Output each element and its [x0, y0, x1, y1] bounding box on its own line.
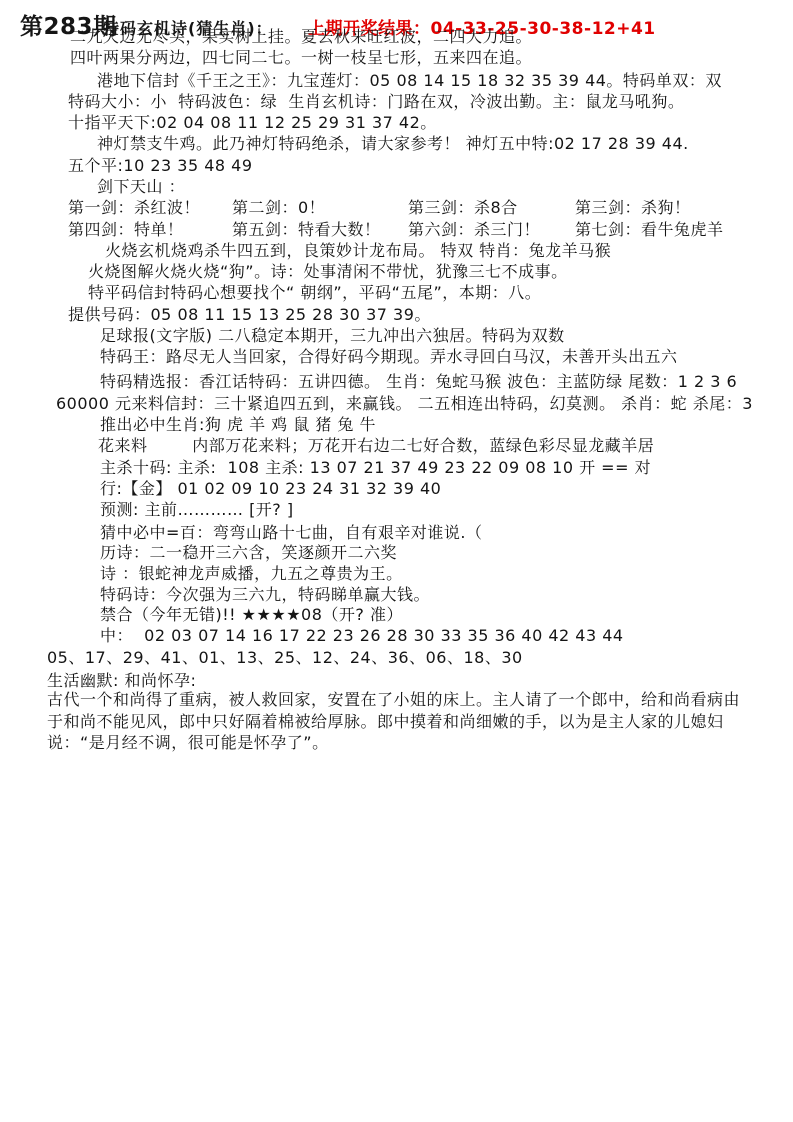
text-line-35: 中： 02 03 07 14 16 17 22 23 26 28 30 33 3… — [100, 626, 624, 646]
text-line-26: 花来料 内部万花来料；万花开右边二七好合数，蓝绿色彩尽显龙藏羊居 — [98, 436, 654, 456]
text-line-19: 特平码信封特码心想要找个“ 朝纲”，平码“五尾”，本期：八。 — [88, 283, 541, 303]
text-line-38: 古代一个和尚得了重病，被人救回家，安置在了小姐的床上。主人请了一个郎中，给和尚看… — [47, 690, 740, 710]
text-line-1: 二九天边无尽头，果实树上挂。夏去秋来旺红波，二四大力追。 — [70, 27, 532, 47]
document-page: 第283期 特码玄机诗(猜生肖)： 上期开奖结果：04-33-25-30-38-… — [0, 0, 793, 1122]
text-line-3: 港地下信封《千王之王》：九宝莲灯：05 08 14 15 18 32 35 39… — [97, 71, 722, 91]
text-line-25: 推出必中生肖:狗 虎 羊 鸡 鼠 猪 兔 牛 — [100, 415, 376, 435]
text-line-20: 提供号码：05 08 11 15 13 25 28 30 37 39。 — [68, 305, 431, 325]
text-line-2: 四叶两果分两边，四七同二七。一树一枝呈七形，五来四在追。 — [70, 48, 532, 68]
text-line-31: 历诗：二一稳开三六含，笑逐颜开二六奖 — [100, 543, 397, 563]
text-line-9: 第一剑：杀红波！ — [68, 198, 200, 218]
text-line-10: 第二剑：0！ — [232, 198, 325, 218]
text-line-8: 剑下天山 ： — [97, 177, 185, 197]
text-line-34: 禁合（今年无错)!! ★★★★08（开? 准） — [100, 605, 403, 625]
text-line-37: 生活幽默: 和尚怀孕: — [47, 671, 196, 691]
text-line-23: 特码精选报：香江话特码：五讲四德。 生肖：兔蛇马猴 波色：主蓝防绿 尾数：1 2… — [100, 372, 737, 392]
text-line-29: 预测: 主前………… [开? ] — [100, 500, 294, 520]
text-line-14: 第五剑：特看大数！ — [232, 220, 381, 240]
text-line-21: 足球报(文字版) 二八稳定本期开，三九冲出六独居。特码为双数 — [100, 326, 565, 346]
text-line-16: 第七剑：看牛兔虎羊 — [575, 220, 724, 240]
text-line-7: 五个平:10 23 35 48 49 — [68, 156, 253, 176]
text-line-15: 第六剑：杀三门！ — [408, 220, 540, 240]
text-line-30: 猜中必中=百：弯弯山路十七曲，自有艰辛对谁说.（ — [100, 523, 483, 543]
text-line-24: 60000 元来料信封：三十紧追四五到，来赢钱。 二五相连出特码，幻莫测。 杀肖… — [56, 394, 753, 414]
text-line-18: 火烧图解火烧火烧“狗”。诗：处事清闲不带忧，犹豫三七不成事。 — [88, 262, 568, 282]
text-line-27: 主杀十码: 主杀: 108 主杀: 13 07 21 37 49 23 22 0… — [100, 458, 651, 478]
text-line-5: 十指平天下:02 04 08 11 12 25 29 31 37 42。 — [68, 113, 437, 133]
text-line-32: 诗 ：银蛇神龙声威播，九五之尊贵为王。 — [100, 564, 403, 584]
text-line-11: 第三剑：杀8合 — [408, 198, 518, 218]
text-line-4: 特码大小：小 特码波色：绿 生肖玄机诗：门路在双，冷波出勤。主：鼠龙马吼狗。 — [68, 92, 684, 112]
text-line-33: 特码诗：今次强为三六九，特码睇单赢大钱。 — [100, 585, 430, 605]
text-line-6: 神灯禁支牛鸡。此乃神灯特码绝杀，请大家参考！ 神灯五中特:02 17 28 39… — [97, 134, 689, 154]
text-line-39: 于和尚不能见风，郎中只好隔着棉被给厚脉。郎中摸着和尚细嫩的手，以为是主人家的儿媳… — [47, 712, 724, 732]
text-line-36: 05、17、29、41、01、13、25、12、24、36、06、18、30 — [47, 648, 523, 668]
text-line-13: 第四剑：特单！ — [68, 220, 184, 240]
text-line-28: 行:【金】 01 02 09 10 23 24 31 32 39 40 — [100, 479, 441, 499]
text-line-12: 第三剑：杀狗！ — [575, 198, 691, 218]
text-line-22: 特码王：路尽无人当回家，合得好码今期现。弄水寻回白马汉，未善开头出五六 — [100, 347, 678, 367]
text-line-40: 说：“是月经不调，很可能是怀孕了”。 — [47, 733, 329, 753]
text-line-17: 火烧玄机烧鸡杀牛四五到，良策妙计龙布局。 特双 特肖：兔龙羊马猴 — [105, 241, 611, 261]
